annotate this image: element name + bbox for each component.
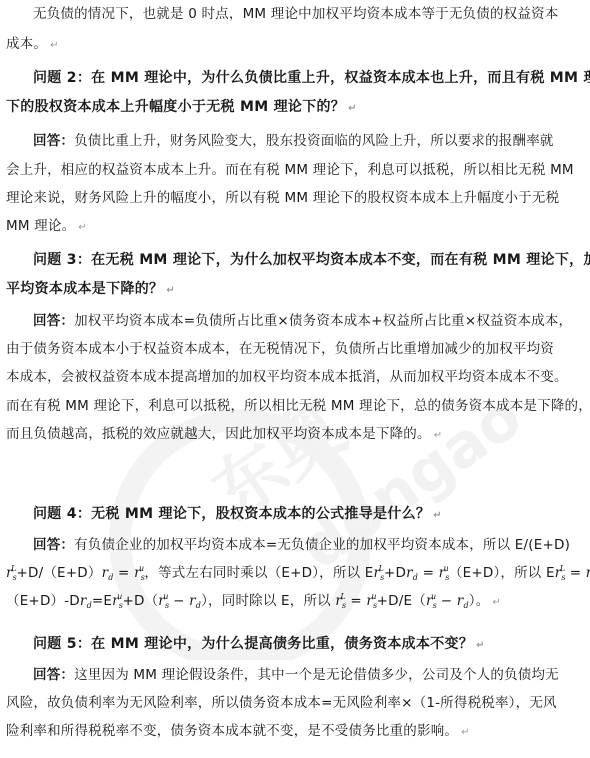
answer-3-line: 而且负债越高，抵税的效应就越大，因此加权平均资本成本是下降的。↵ [6, 424, 590, 446]
question-5-line: 问题 5：在 MM 理论中，为什么提高债务比重，债务资本成本不变？↵ [33, 634, 590, 656]
question-4-line: 问题 4：无税 MM 理论下，股权资本成本的公式推导是什么？↵ [33, 504, 590, 526]
paragraph-mark-icon: ↵ [476, 640, 485, 651]
answer-2-line: 回答：负债比重上升，财务风险变大，股东投资面临的风险上升，所以要求的报酬率就 [33, 131, 590, 151]
answer-3-line: 由于债务资本成本小于权益资本成本，在无税情况下，负债所占比重增加减少的加权平均资 [6, 339, 590, 359]
answer-4-formula-line: rsL+D/（E+D）rd = rsu，等式左右同时乘以（E+D），所以 Ers… [6, 563, 590, 583]
answer-3-line: 回答：加权平均资本成本=负债所占比重×债务资本成本+权益所占比重×权益资本成本， [33, 311, 590, 331]
paragraph-mark-icon: ↵ [50, 40, 59, 51]
question-3-line: 平均资本成本是下降的？↵ [6, 279, 590, 301]
paragraph-mark-icon: ↵ [166, 285, 175, 296]
body-text-line: 成本。↵ [6, 34, 590, 56]
answer-label: 回答： [33, 133, 74, 149]
question-label: 问题 2： [33, 70, 91, 86]
answer-4-formula-line: （E+D）-Drd=Ersu+D（rsu − rd），同时除以 E，所以 rsL… [6, 591, 590, 613]
paragraph-mark-icon: ↵ [433, 510, 442, 521]
answer-5-line: 回答：这里因为 MM 理论假设条件，其中一个是无论借债多少，公司及个人的负债均无 [33, 665, 590, 685]
answer-5-line: 风险，故负债利率为无风险利率，所以债务资本成本=无风险利率×（1-所得税税率），… [6, 693, 590, 713]
answer-2-line: 理论来说，财务风险上升的幅度小，所以有税 MM 理论下的股权资本成本上升幅度小于… [6, 188, 590, 208]
answer-label: 回答： [33, 313, 74, 329]
answer-4-line: 回答：有负债企业的加权平均资本成本=无负债企业的加权平均资本成本，所以 E/(E… [33, 535, 590, 555]
answer-2-line: MM 理论。↵ [6, 216, 590, 238]
body-text-line: 无负债的情况下，也就是 0 时点，MM 理论中加权平均资本成本等于无负债的权益资… [33, 4, 590, 24]
question-2-line: 下的股权资本成本上升幅度小于无税 MM 理论下的？↵ [6, 97, 590, 119]
paragraph-mark-icon: ↵ [348, 103, 357, 114]
paragraph-mark-icon: ↵ [492, 597, 501, 608]
question-3-line: 问题 3：在无税 MM 理论下，为什么加权平均资本成本不变，而在有税 MM 理论… [33, 250, 590, 270]
paragraph-mark-icon: ↵ [461, 727, 470, 738]
question-label: 问题 3： [33, 252, 91, 268]
answer-5-line: 险利率和所得税税率不变，债务资本成本就不变，是不受债务比重的影响。↵ [6, 721, 590, 743]
answer-label: 回答： [33, 537, 74, 553]
answer-3-line: 本成本，会被权益资本成本提高增加的加权平均资本成本抵消，从而加权平均资本成本不变… [6, 367, 590, 387]
question-label: 问题 5： [33, 636, 91, 652]
answer-3-line: 而在有税 MM 理论下，利息可以抵税，所以相比无税 MM 理论下，总的债务资本成… [6, 396, 590, 416]
paragraph-mark-icon: ↵ [78, 222, 87, 233]
question-label: 问题 4： [33, 506, 91, 522]
answer-2-line: 会上升，相应的权益资本成本上升。而在有税 MM 理论下，利息可以抵税，所以相比无… [6, 160, 590, 180]
answer-label: 回答： [33, 667, 74, 683]
question-2-line: 问题 2：在 MM 理论中，为什么负债比重上升，权益资本成本也上升，而且有税 M… [33, 68, 590, 88]
paragraph-mark-icon: ↵ [434, 430, 443, 441]
